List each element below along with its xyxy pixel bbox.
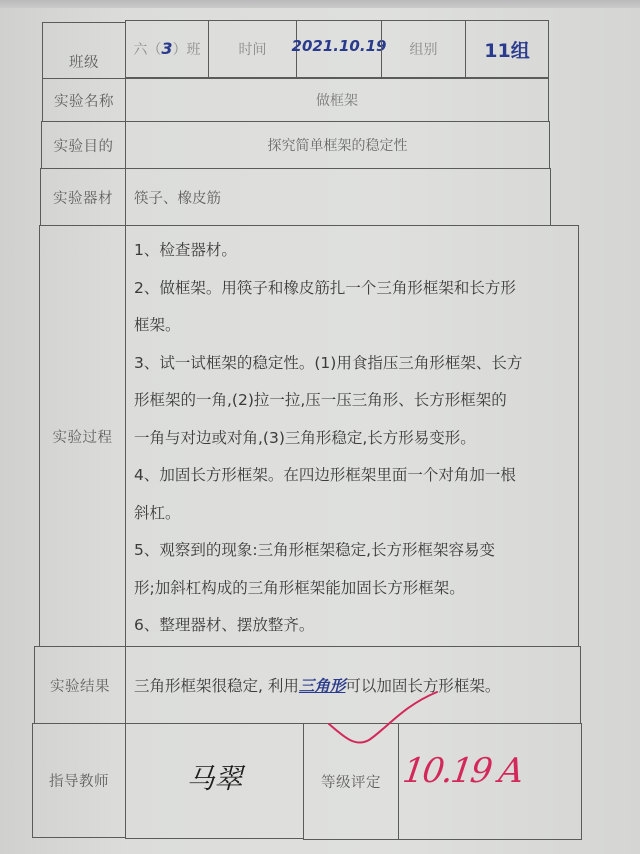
experiment-result-label: 实验结果 <box>50 675 110 696</box>
experiment-result-label-cell: 实验结果 <box>34 646 126 724</box>
process-line: 3、试一试框架的稳定性。(1)用食指压三角形框架、长方 <box>134 345 570 383</box>
experiment-name-value: 做框架 <box>316 90 358 110</box>
experiment-process-label-cell: 实验过程 <box>39 225 126 647</box>
group-value: 11组 <box>484 36 529 63</box>
process-line: 1、检查器材。 <box>134 232 570 270</box>
process-line: 4、加固长方形框架。在四边形框架里面一个对角加一根 <box>134 457 570 495</box>
experiment-process-label: 实验过程 <box>53 426 113 447</box>
class-label-cell: 班级 <box>42 22 126 79</box>
experiment-name-label-cell: 实验名称 <box>42 78 126 122</box>
experiment-process-value-cell: 1、检查器材。 2、做框架。用筷子和橡皮筋扎一个三角形框架和长方形 框架。 3、… <box>125 225 579 647</box>
class-value-prefix: 六（ <box>133 39 161 59</box>
experiment-equipment-value: 筷子、橡皮筋 <box>134 187 221 208</box>
grade-value: 10.19 A <box>400 751 524 791</box>
group-value-cell: 11组 <box>465 20 549 78</box>
teacher-signature: 马翠 <box>186 757 242 797</box>
experiment-purpose-value-cell: 探究简单框架的稳定性 <box>125 121 550 169</box>
teacher-label-cell: 指导教师 <box>32 723 126 838</box>
experiment-name-label: 实验名称 <box>54 90 114 111</box>
process-line: 斜杠。 <box>134 495 570 533</box>
experiment-purpose-label-cell: 实验目的 <box>41 121 126 169</box>
teacher-signature-cell: 马翠 <box>125 723 304 839</box>
process-line: 2、做框架。用筷子和橡皮筋扎一个三角形框架和长方形 <box>134 270 570 308</box>
process-line: 6、整理器材、摆放整齐。 <box>134 607 570 645</box>
result-text-before: 三角形框架很稳定, 利用 <box>134 674 299 696</box>
class-number: 3 <box>161 39 172 58</box>
time-value-cell: 2021.10.19 <box>296 20 382 78</box>
process-line: 形框架的一角,(2)拉一拉,压一压三角形、长方形框架的 <box>134 382 570 420</box>
group-label-cell: 组别 <box>381 20 466 78</box>
experiment-equipment-label: 实验器材 <box>53 187 113 208</box>
experiment-purpose-label: 实验目的 <box>54 135 114 156</box>
time-label-cell: 时间 <box>208 20 297 78</box>
group-label: 组别 <box>410 39 438 59</box>
process-line: 一角与对边或对角,(3)三角形稳定,长方形易变形。 <box>134 420 570 458</box>
class-value-suffix: ）班 <box>173 39 201 59</box>
experiment-purpose-value: 探究简单框架的稳定性 <box>268 135 408 155</box>
red-checkmark-icon <box>325 690 445 750</box>
teacher-label: 指导教师 <box>49 770 109 791</box>
process-line: 5、观察到的现象:三角形框架稳定,长方形框架容易变 <box>134 532 570 570</box>
class-value-cell: 六（ 3 ）班 <box>125 20 209 78</box>
process-line: 形;加斜杠构成的三角形框架能加固长方形框架。 <box>134 570 570 608</box>
time-label: 时间 <box>239 39 267 59</box>
process-line: 框架。 <box>134 307 570 345</box>
grade-label: 等级评定 <box>321 771 381 792</box>
experiment-equipment-label-cell: 实验器材 <box>40 168 126 226</box>
experiment-equipment-value-cell: 筷子、橡皮筋 <box>125 168 551 226</box>
class-label: 班级 <box>69 51 99 72</box>
experiment-name-value-cell: 做框架 <box>125 78 549 122</box>
time-value: 2021.10.19 <box>292 37 387 55</box>
